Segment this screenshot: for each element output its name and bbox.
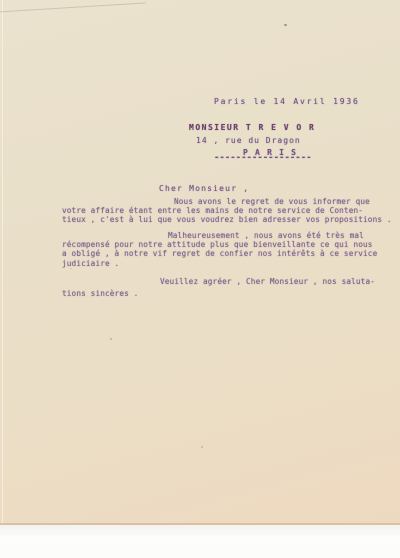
paragraph: Nous avons le regret de vous informer qu… xyxy=(62,197,397,225)
scanned-letter-screenshot: Paris le 14 Avril 1936 MONSIEUR T R E V … xyxy=(0,0,400,558)
paragraph-line: Nous avons le regret de vous informer qu… xyxy=(62,197,397,206)
paragraph-line: tieux , c'est à lui que vous voudrez bie… xyxy=(62,215,397,224)
paper-crease xyxy=(0,2,146,12)
salutation: Cher Monsieur , xyxy=(159,184,249,193)
recipient-name: MONSIEUR T R E V O R xyxy=(189,123,315,132)
paragraph-line: Malheureusement , nous avons été très ma… xyxy=(62,231,397,240)
scanner-background xyxy=(0,525,400,558)
recipient-address: 14 , rue du Dragon xyxy=(196,136,301,145)
letter-paper: Paris le 14 Avril 1936 MONSIEUR T R E V … xyxy=(0,0,400,525)
date-line: Paris le 14 Avril 1936 xyxy=(214,97,360,106)
closing-line: tions sincères . xyxy=(62,288,397,300)
paragraph-line: a obligé , à notre vif regret de confier… xyxy=(62,249,397,258)
paragraph: Malheureusement , nous avons été très ma… xyxy=(62,231,397,268)
paper-speck xyxy=(284,24,287,26)
paper-speck xyxy=(201,446,203,448)
paper-speck xyxy=(70,268,72,269)
recipient-underline: ------------------ xyxy=(214,153,312,163)
paragraph-line: judiciaire . xyxy=(62,259,397,268)
closing-line: Veuillez agréer , Cher Monsieur , nos sa… xyxy=(62,276,397,288)
paper-speck xyxy=(110,338,112,340)
closing-block: Veuillez agréer , Cher Monsieur , nos sa… xyxy=(62,276,397,300)
